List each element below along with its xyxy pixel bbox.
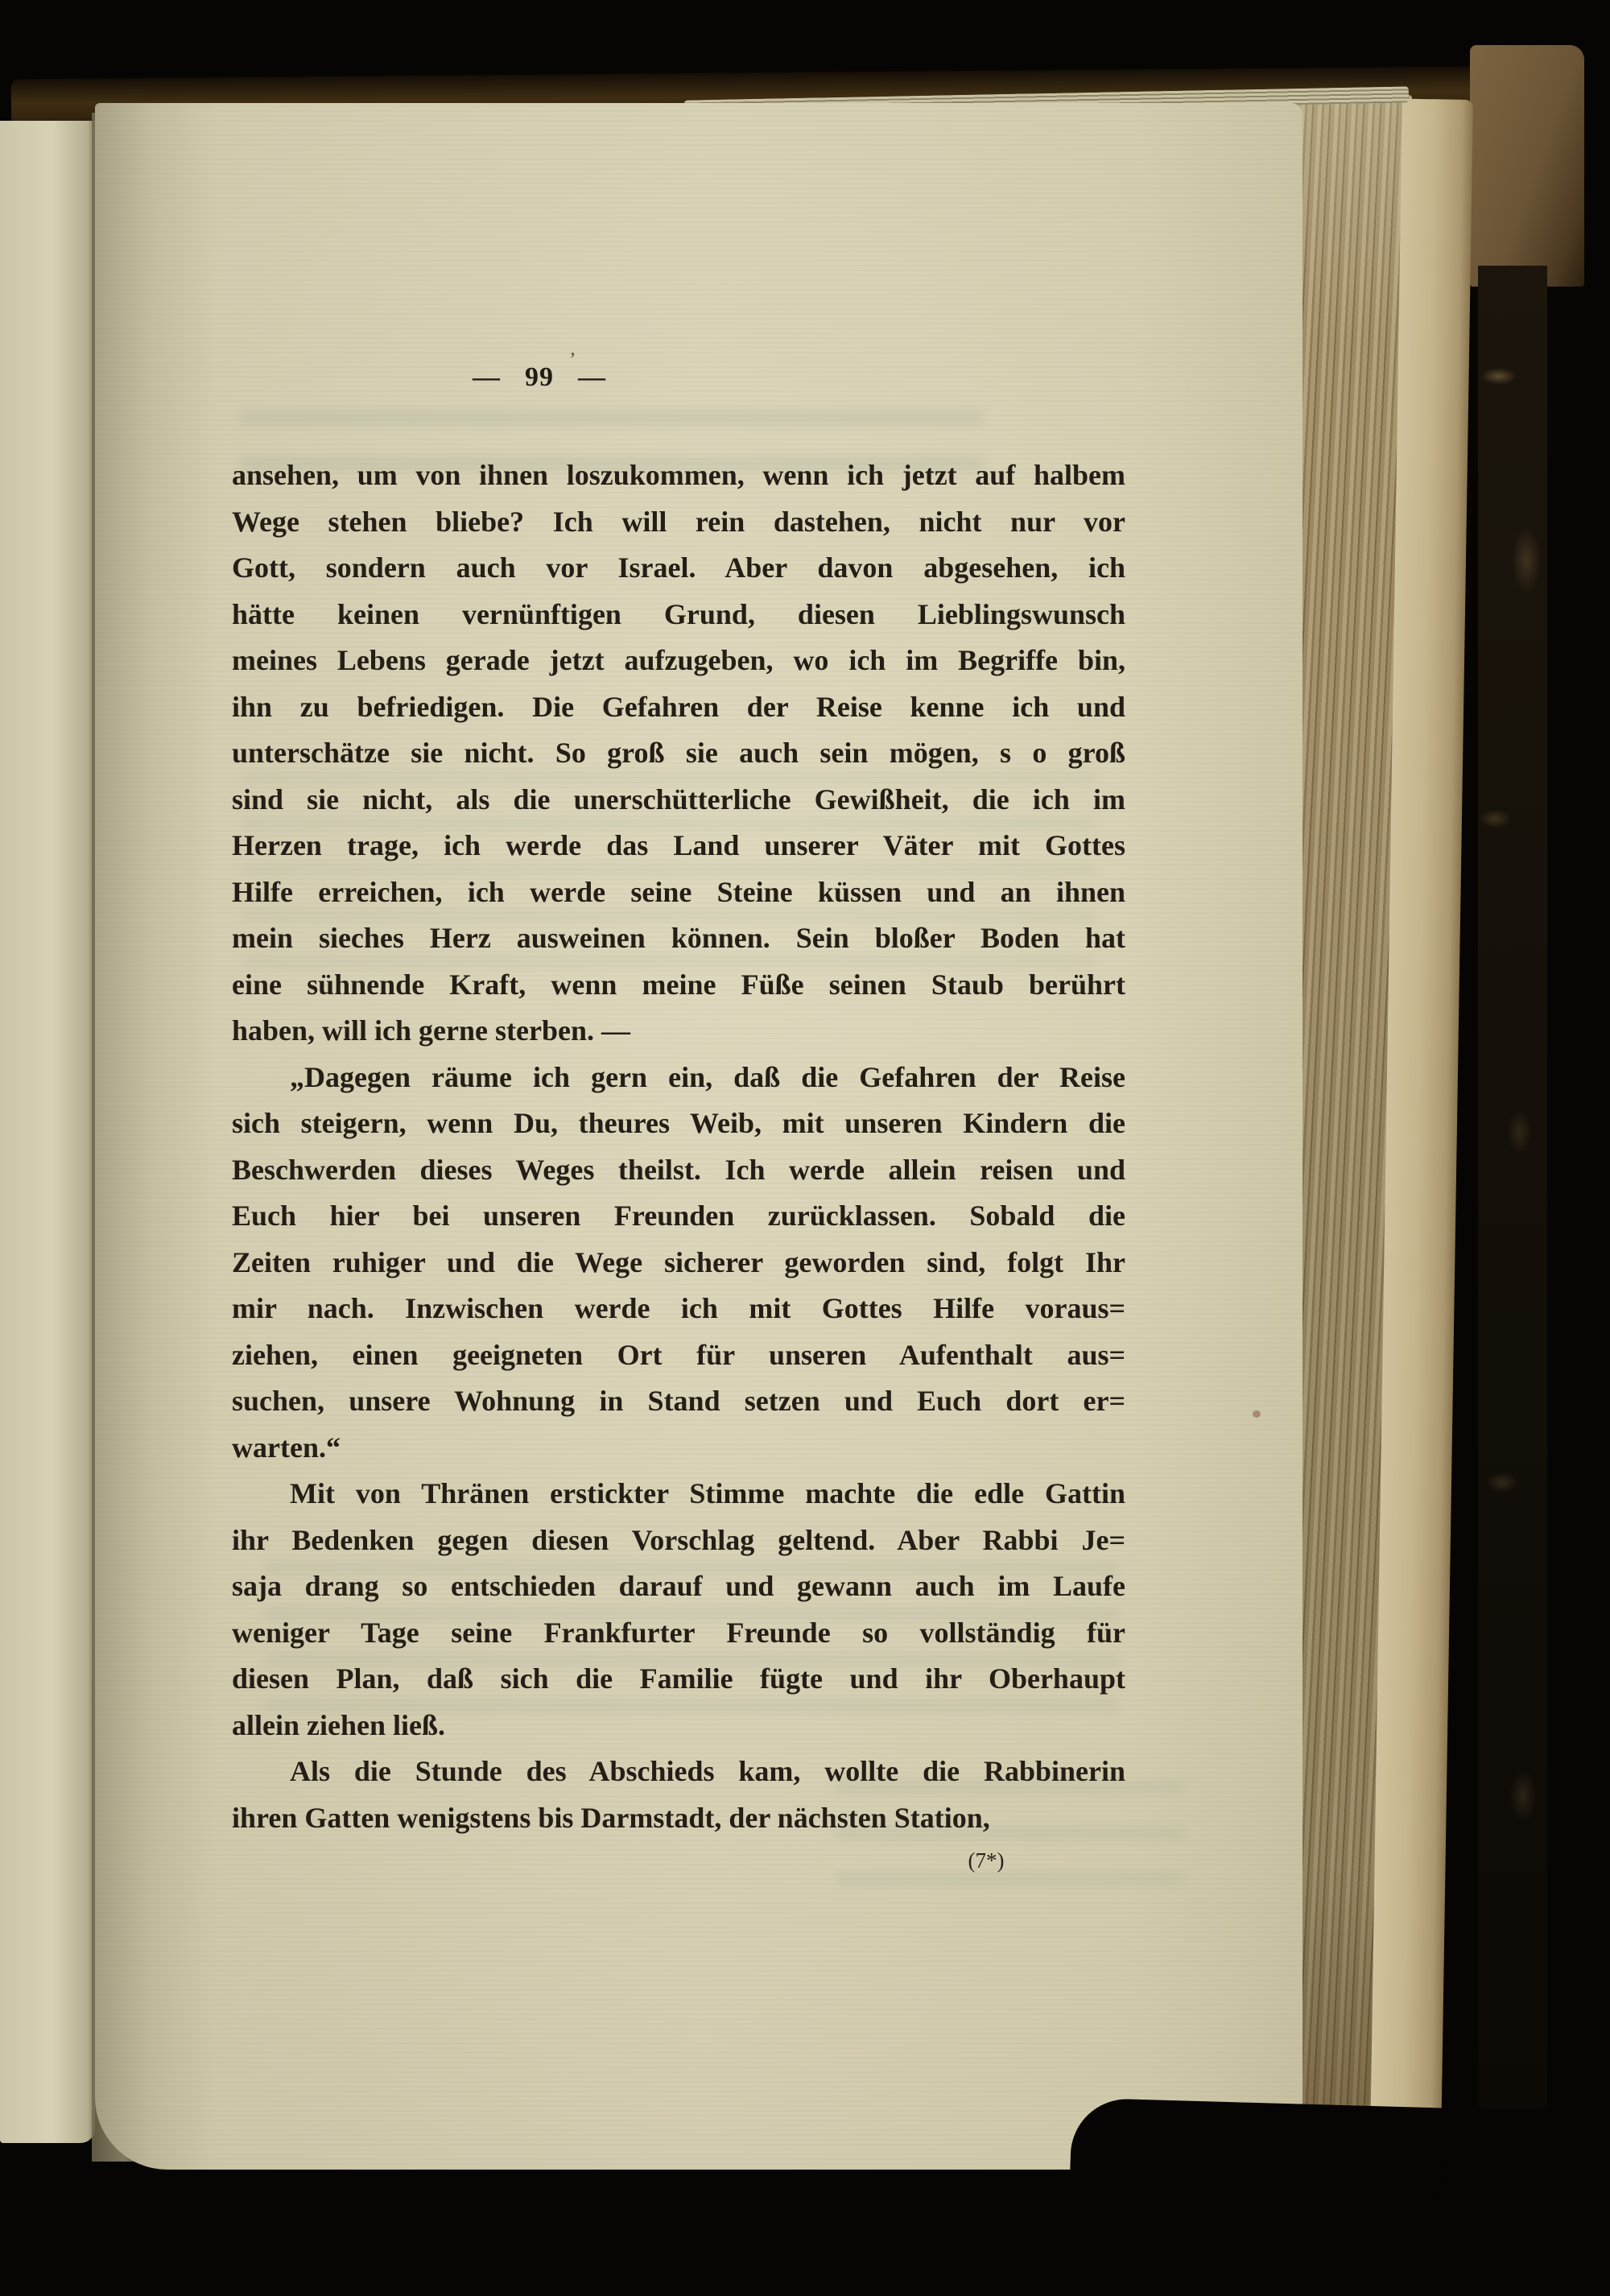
- page-number: 99: [525, 362, 554, 392]
- text-line: weniger Tage seine Frankfurter Freunde s…: [232, 1610, 1125, 1657]
- text-line: Herzen trage, ich werde das Land unserer…: [232, 823, 1125, 869]
- page-bottom-silhouette: [1069, 2098, 1442, 2213]
- signature-mark: (7*): [906, 1848, 1067, 1873]
- text-line: sind sie nicht, als die unerschütterlich…: [232, 777, 1125, 824]
- book-scan: —99— ’ ansehen, um von ihnen loszukommen…: [0, 0, 1610, 2296]
- text-line: ihren Gatten wenigstens bis Darmstadt, d…: [232, 1795, 1125, 1842]
- text-line: suchen, unsere Wohnung in Stand setzen u…: [232, 1378, 1125, 1425]
- text-line: allein ziehen ließ.: [232, 1703, 1125, 1749]
- text-line: Beschwerden dieses Weges theilst. Ich we…: [232, 1147, 1125, 1194]
- facing-page-edge: [0, 121, 95, 2143]
- text-line: Euch hier bei unseren Freunden zurücklas…: [232, 1193, 1125, 1240]
- text-line: haben, will ich gerne sterben. —: [232, 1008, 1125, 1055]
- header-dash-right: —: [578, 362, 606, 392]
- book-cover-marbled-side: [1478, 266, 1547, 2109]
- header-dash-left: —: [473, 362, 501, 392]
- book-cover-right-corner: [1470, 45, 1584, 287]
- text-line: Gott, sondern auch vor Israel. Aber davo…: [232, 545, 1125, 592]
- page-text-block: ansehen, um von ihnen loszukommen, wenn …: [232, 452, 1125, 1841]
- ink-speck: ’: [570, 349, 576, 368]
- text-line: Hilfe erreichen, ich werde seine Steine …: [232, 869, 1125, 916]
- text-line: saja drang so entschieden darauf und gew…: [232, 1563, 1125, 1610]
- text-line: mein sieches Herz ausweinen können. Sein…: [232, 915, 1125, 962]
- text-line: Mit von Thränen erstickter Stimme machte…: [232, 1471, 1125, 1518]
- text-line: „Dagegen räume ich gern ein, daß die Gef…: [232, 1055, 1125, 1101]
- text-line: ihr Bedenken gegen diesen Vorschlag gelt…: [232, 1518, 1125, 1564]
- text-line: ziehen, einen geeigneten Ort für unseren…: [232, 1332, 1125, 1379]
- text-line: sich steigern, wenn Du, theures Weib, mi…: [232, 1101, 1125, 1147]
- text-line: ihn zu befriedigen. Die Gefahren der Rei…: [232, 684, 1125, 731]
- text-line: Zeiten ruhiger und die Wege sicherer gew…: [232, 1240, 1125, 1286]
- text-line: eine sühnende Kraft, wenn meine Füße sei…: [232, 962, 1125, 1009]
- text-line: unterschätze sie nicht. So groß sie auch…: [232, 730, 1125, 777]
- text-line: diesen Plan, daß sich die Familie fügte …: [232, 1656, 1125, 1703]
- text-line: ansehen, um von ihnen loszukommen, wenn …: [232, 452, 1125, 499]
- page-number-header: —99— ’: [338, 362, 741, 393]
- text-line: mir nach. Inzwischen werde ich mit Gotte…: [232, 1286, 1125, 1332]
- text-line: Wege stehen bliebe? Ich will rein dasteh…: [232, 499, 1125, 546]
- paper-fleck: [1253, 1410, 1261, 1418]
- text-line: warten.“: [232, 1425, 1125, 1472]
- text-line: Als die Stunde des Abschieds kam, wollte…: [232, 1749, 1125, 1795]
- text-line: meines Lebens gerade jetzt aufzugeben, w…: [232, 638, 1125, 684]
- text-line: hätte keinen vernünftigen Grund, diesen …: [232, 592, 1125, 638]
